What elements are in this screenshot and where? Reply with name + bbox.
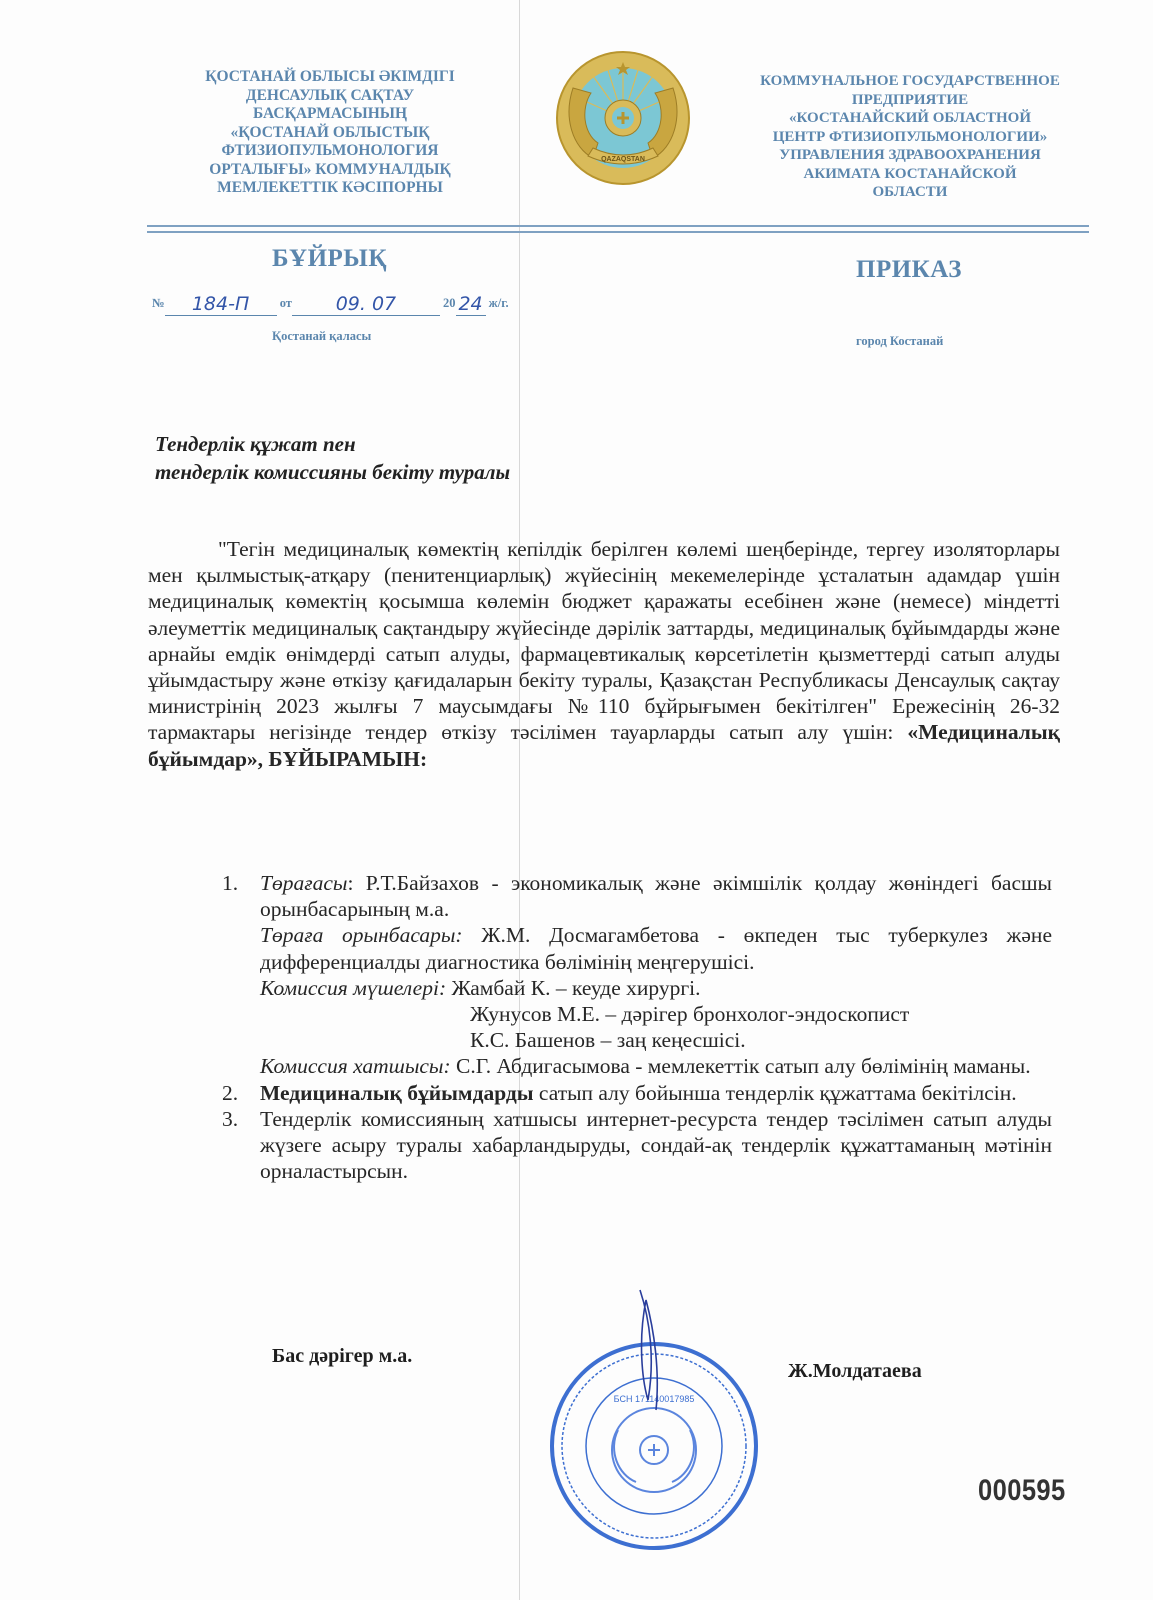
org-name-ru-line: АКИМАТА КОСТАНАЙСКОЙ <box>735 165 1085 184</box>
org-name-kz-line: ҚОСТАНАЙ ОБЛЫСЫ ӘКІМДІГІ <box>180 68 480 87</box>
org-name-ru-line: КОММУНАЛЬНОЕ ГОСУДАРСТВЕННОЕ <box>735 72 1085 91</box>
document-serial-number: 000595 <box>978 1474 1066 1508</box>
year-prefix: 20 <box>443 296 456 310</box>
list-item: 1. Төрағасы: Р.Т.Байзахов - экономикалық… <box>222 870 1052 1080</box>
order-number: 184-П <box>165 293 277 316</box>
list-item: 2. Медициналық бұйымдарды сатып алу бойы… <box>222 1080 1052 1106</box>
order-items: 1. Төрағасы: Р.Т.Байзахов - экономикалық… <box>222 870 1052 1184</box>
deputy-label: Төраға орынбасары: <box>260 923 463 947</box>
handwritten-signature-icon <box>610 1280 690 1420</box>
org-name-kz-line: ФТИЗИОПУЛЬМОНОЛОГИЯ <box>180 142 480 161</box>
list-item: 3. Тендерлік комиссияның хатшысы интерне… <box>222 1106 1052 1185</box>
order-body: "Тегін медициналық көмектің кепілдік бер… <box>148 536 1060 772</box>
order-title-kz: БҰЙРЫҚ <box>272 245 387 273</box>
subject-line: Тендерлік құжат пен <box>155 430 510 458</box>
signatory-name: Ж.Молдатаева <box>788 1360 922 1383</box>
order-year: 24 <box>456 293 486 316</box>
header-divider-bottom <box>147 231 1089 233</box>
item-text: сатып алу бойынша тендерлік құжаттама бе… <box>534 1081 1017 1105</box>
org-name-kz-line: БАСҚАРМАСЫНЫҢ <box>180 105 480 124</box>
year-label: ж/г. <box>489 296 509 310</box>
subject-line: тендерлік комиссияны бекіту туралы <box>155 458 510 486</box>
chair-label: Төрағасы <box>260 871 347 895</box>
paper-fold-line <box>519 0 520 1600</box>
item-bold: Медициналық бұйымдарды <box>260 1081 534 1105</box>
kazakhstan-emblem-icon: QAZAQSTAN <box>553 48 693 188</box>
body-paragraph: "Тегін медициналық көмектің кепілдік бер… <box>148 537 1060 744</box>
header-divider-top <box>147 225 1089 227</box>
org-name-ru: КОММУНАЛЬНОЕ ГОСУДАРСТВЕННОЕ ПРЕДПРИЯТИЕ… <box>735 72 1085 202</box>
svg-text:QAZAQSTAN: QAZAQSTAN <box>601 156 645 163</box>
org-name-kz-line: МЕМЛЕКЕТТІК КӘСІПОРНЫ <box>180 179 480 198</box>
secretary-text: С.Г. Абдигасымова - мемлекеттік сатып ал… <box>451 1054 1031 1078</box>
chair-text: : Р.Т.Байзахов - экономикалық және әкімш… <box>260 871 1052 921</box>
org-name-kz-line: «ҚОСТАНАЙ ОБЛЫСТЫҚ <box>180 124 480 143</box>
order-title-ru: ПРИКАЗ <box>856 256 962 284</box>
members-label: Комиссия мүшелері: <box>260 976 446 1000</box>
org-name-ru-line: УПРАВЛЕНИЯ ЗДРАВООХРАНЕНИЯ <box>735 146 1085 165</box>
org-name-ru-line: «КОСТАНАЙСКИЙ ОБЛАСТНОЙ <box>735 109 1085 128</box>
item-number: 2. <box>222 1080 238 1106</box>
member: К.С. Башенов – заң кеңесшісі. <box>260 1027 1052 1053</box>
item-number: 3. <box>222 1106 238 1132</box>
secretary-label: Комиссия хатшысы: <box>260 1054 451 1078</box>
order-date: 09. 07 <box>292 293 440 316</box>
member: Жамбай К. – кеуде хирургі. <box>451 976 700 1000</box>
org-name-kz: ҚОСТАНАЙ ОБЛЫСЫ ӘКІМДІГІ ДЕНСАУЛЫҚ САҚТА… <box>180 68 480 198</box>
number-prefix: № <box>152 296 165 310</box>
org-name-kz-line: ОРТАЛЫҒЫ» КОММУНАЛДЫҚ <box>180 161 480 180</box>
org-name-ru-line: ЦЕНТР ФТИЗИОПУЛЬМОНОЛОГИИ» <box>735 128 1085 147</box>
org-name-kz-line: ДЕНСАУЛЫҚ САҚТАУ <box>180 87 480 106</box>
date-prefix: от <box>280 296 292 310</box>
item-number: 1. <box>222 870 238 896</box>
city-ru: город Костанай <box>856 334 943 349</box>
item-text: Тендерлік комиссияның хатшысы интернет-р… <box>260 1106 1052 1185</box>
order-number-line: №184-П от09. 07 2024 ж/г. <box>152 290 509 313</box>
city-kz: Қостанай қаласы <box>272 329 371 344</box>
order-subject: Тендерлік құжат пен тендерлік комиссияны… <box>155 430 510 486</box>
member: Жунусов М.Е. – дәрігер бронхолог-эндоско… <box>260 1001 1052 1027</box>
signatory-title: Бас дәрігер м.а. <box>272 1345 412 1368</box>
org-name-ru-line: ОБЛАСТИ <box>735 183 1085 202</box>
org-name-ru-line: ПРЕДПРИЯТИЕ <box>735 91 1085 110</box>
